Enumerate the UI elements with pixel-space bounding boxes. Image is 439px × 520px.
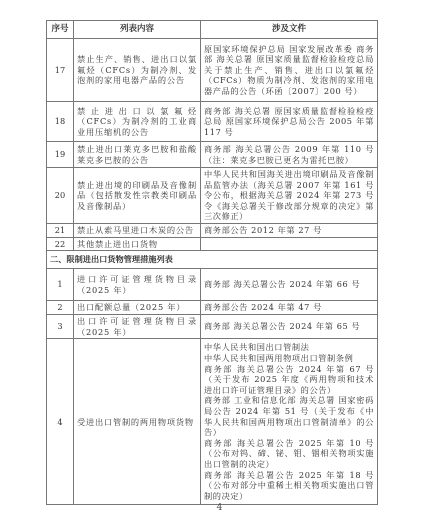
table-row: 18 禁止进出口以氯氟烃（CFCs）为制冷剂的工业商业用压缩机的公告 商务部 海… [47, 102, 378, 142]
row-content: 出口配额总量（2025 年） [74, 301, 201, 315]
row-number: 18 [47, 102, 74, 142]
document-entry: 商务部 海关总署公告 2024 年第 67 号（关于发布 2025 年度《两用物… [204, 364, 374, 396]
header-related-documents: 涉及文件 [201, 21, 378, 39]
section-header-row: 二、限制进出口货物管理措施列表 [47, 251, 378, 269]
row-content: 进口许可证管理货物目录（2025 年） [74, 269, 201, 301]
table-row: 3 出口许可证管理货物目录（2025 年） 商务部 海关总署公告 2024 年第… [47, 315, 378, 339]
row-documents: 商务部公告 2012 年第 27 号 [201, 223, 378, 237]
table-row: 2 出口配额总量（2025 年） 商务部公告 2024 年第 47 号 [47, 301, 378, 315]
row-content: 禁止生产、销售、进出口以氯氟烃（CFCs）为制冷剂、发泡剂的家用电器产品的公告 [74, 39, 201, 102]
row-documents: 商务部 海关总署 原国家质量监督检验检疫总局 原国家环境保护总局公告 2005 … [201, 102, 378, 142]
row-documents [201, 237, 378, 251]
table-row: 22 其他禁止进出口货物 [47, 237, 378, 251]
document-entry: 中华人民共和国出口管制法 [204, 342, 374, 353]
table-row: 1 进口许可证管理货物目录（2025 年） 商务部 海关总署公告 2024 年第… [47, 269, 378, 301]
header-list-content: 列表内容 [74, 21, 201, 39]
row-documents: 原国家环境保护总局 国家发展改革委 商务部 海关总署 原国家质量监督检验检疫总局… [201, 39, 378, 102]
row-number: 19 [47, 142, 74, 168]
row-content: 禁止进出口以氯氟烃（CFCs）为制冷剂的工业商业用压缩机的公告 [74, 102, 201, 142]
row-number: 3 [47, 315, 74, 339]
row-documents: 商务部公告 2024 年第 47 号 [201, 301, 378, 315]
export-control-table: 序号 列表内容 涉及文件 17 禁止生产、销售、进出口以氯氟烃（CFCs）为制冷… [46, 20, 378, 505]
table-header-row: 序号 列表内容 涉及文件 [47, 21, 378, 39]
row-number: 22 [47, 237, 74, 251]
header-serial-number: 序号 [47, 21, 74, 39]
table-row: 21 禁止从索马里进口木炭的公告 商务部公告 2012 年第 27 号 [47, 223, 378, 237]
row-number: 21 [47, 223, 74, 237]
row-content: 其他禁止进出口货物 [74, 237, 201, 251]
row-number: 2 [47, 301, 74, 315]
row-content: 禁止从索马里进口木炭的公告 [74, 223, 201, 237]
row-number: 17 [47, 39, 74, 102]
row-content: 出口许可证管理货物目录（2025 年） [74, 315, 201, 339]
row-documents: 商务部 海关总署公告 2024 年第 65 号 [201, 315, 378, 339]
row-number: 4 [47, 339, 74, 505]
document-entry: 商务部 海关总署公告 2025 年第 10 号（公布对钨、碲、铋、钼、铟相关物项… [204, 438, 374, 470]
section-title: 二、限制进出口货物管理措施列表 [47, 251, 378, 269]
row-number: 1 [47, 269, 74, 301]
row-content: 禁止进出境的印刷品及音像制品（包括散发性宗教类印刷品及音像制品） [74, 168, 201, 224]
row-documents: 中华人民共和国出口管制法 中华人民共和国两用物项出口管制条例 商务部 海关总署公… [201, 339, 378, 505]
row-content: 受进出口管制的两用物项货物 [74, 339, 201, 505]
table-row: 17 禁止生产、销售、进出口以氯氟烃（CFCs）为制冷剂、发泡剂的家用电器产品的… [47, 39, 378, 102]
page-number: 4 [0, 503, 439, 513]
row-number: 20 [47, 168, 74, 224]
table-row: 4 受进出口管制的两用物项货物 中华人民共和国出口管制法 中华人民共和国两用物项… [47, 339, 378, 505]
row-content: 禁止进出口莱克多巴胺和盐酸莱克多巴胺的公告 [74, 142, 201, 168]
row-documents: 中华人民共和国海关进出境印刷品及音像制品监管办法（海关总署 2007 年第 16… [201, 168, 378, 224]
document-entry: 中华人民共和国两用物项出口管制条例 [204, 353, 374, 364]
document-entry: 商务部 工业和信息化部 海关总署 国家密码局公告 2024 年第 51 号（关于… [204, 395, 374, 437]
table-row: 20 禁止进出境的印刷品及音像制品（包括散发性宗教类印刷品及音像制品） 中华人民… [47, 168, 378, 224]
row-documents: 商务部 海关总署公告 2024 年第 66 号 [201, 269, 378, 301]
document-entry: 商务部 海关总署公告 2025 年第 18 号（公布对部分中重稀土相关物项实施出… [204, 470, 374, 502]
row-documents: 商务部 海关总署公告 2009 年第 110 号（注：莱克多巴胺已更名为雷托巴胺… [201, 142, 378, 168]
table-row: 19 禁止进出口莱克多巴胺和盐酸莱克多巴胺的公告 商务部 海关总署公告 2009… [47, 142, 378, 168]
